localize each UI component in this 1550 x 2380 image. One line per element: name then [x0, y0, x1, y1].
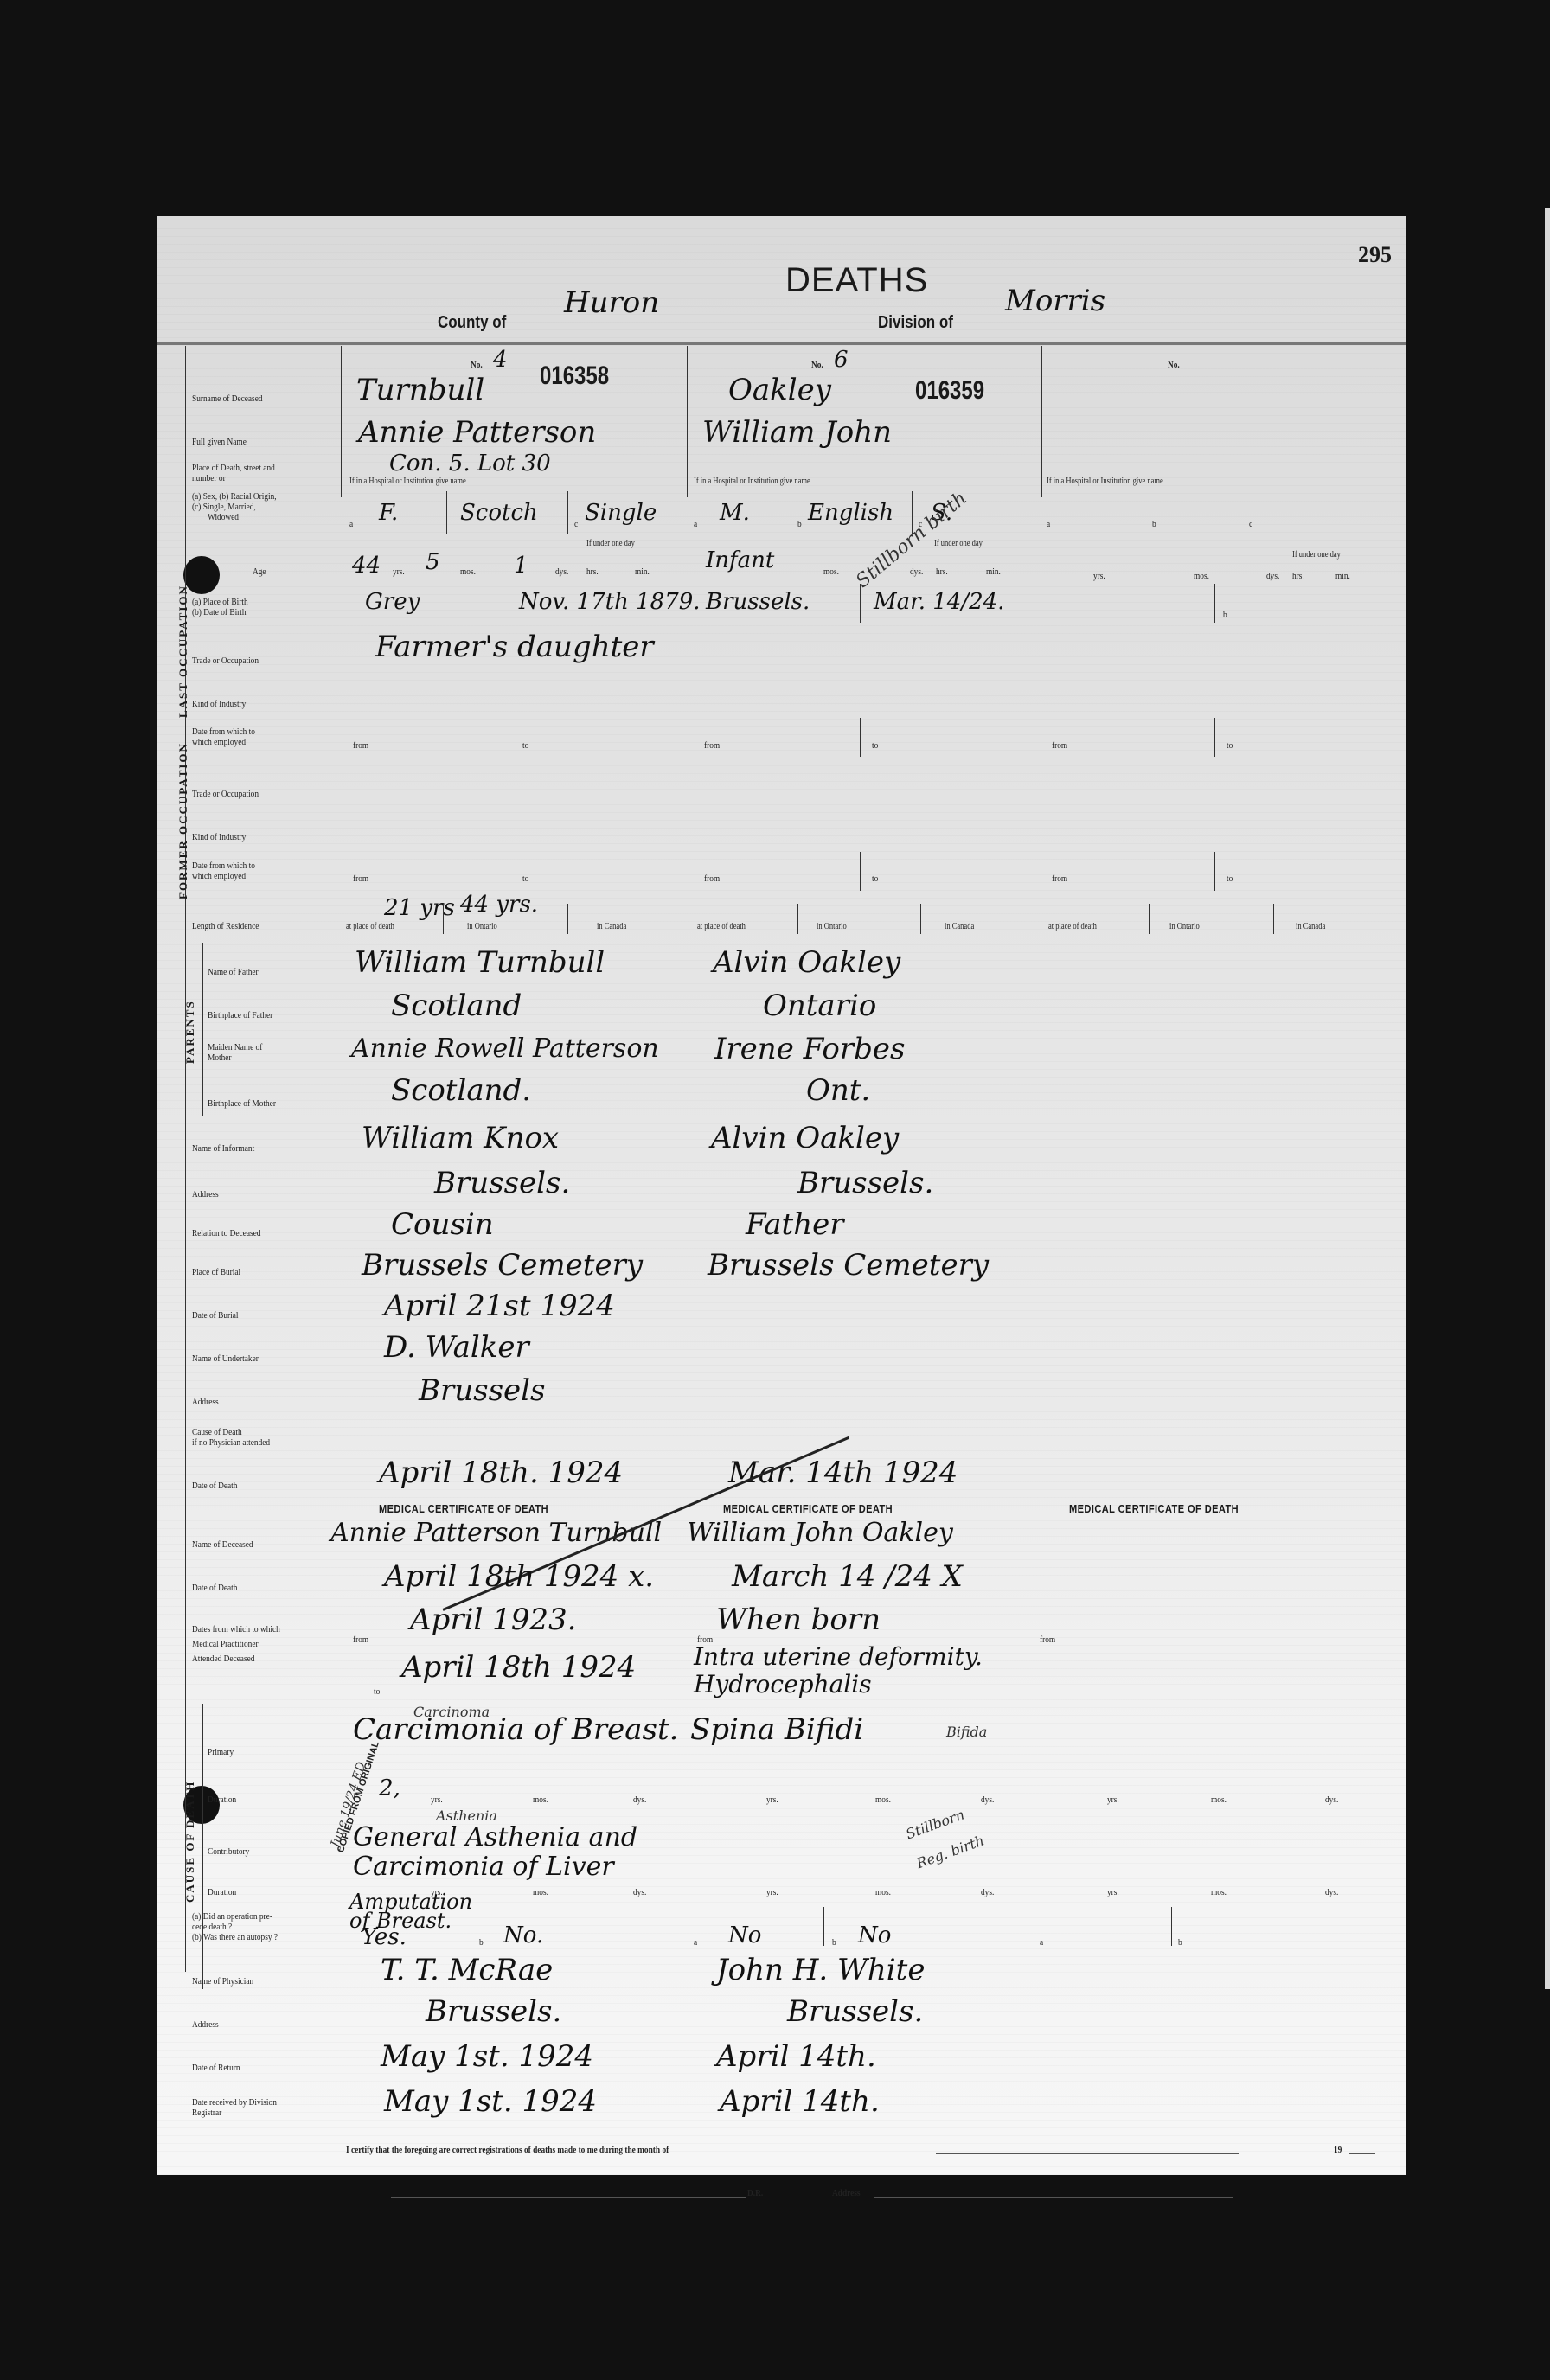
col2-hospital-note: If in a Hospital or Institution give nam… [694, 476, 810, 487]
col2-age: Infant [706, 545, 774, 576]
col1-racial-origin: Scotch [460, 497, 538, 528]
col2-physician: John H. White [716, 1955, 925, 1986]
label-received-2: Registrar [192, 2108, 221, 2119]
county-underline [521, 329, 832, 329]
res-div-6 [1273, 904, 1274, 934]
footer-address-line [874, 2197, 1233, 2198]
d2-dys-3: dys. [1325, 1887, 1338, 1898]
res-div-3 [797, 904, 798, 934]
col1-mother-birthplace: Scotland. [391, 1075, 531, 1106]
label-employed-former-2: which employed [192, 871, 246, 882]
d2-mos-2: mos. [875, 1887, 891, 1898]
col3-border [1041, 346, 1042, 497]
col2-autopsy-b-marker: b [832, 1937, 836, 1948]
label-primary: Primary [208, 1747, 234, 1758]
col1-sex: F. [379, 497, 398, 528]
label-father-name: Name of Father [208, 967, 259, 978]
col1-med-date-of-death: April 18th 1924 x. [384, 1561, 654, 1592]
col3-to-last: to [1227, 740, 1233, 752]
label-physician-address: Address [192, 2019, 219, 2031]
col2-medical-certificate-header: MEDICAL CERTIFICATE OF DEATH [723, 1502, 893, 1515]
col2-in-canada: in Canada [945, 921, 974, 932]
col1-autopsy-b: No. [503, 1920, 543, 1951]
label-father-birthplace: Birthplace of Father [208, 1010, 272, 1021]
section-parents: PARENTS [183, 1000, 197, 1064]
col2-no-value: 6 [834, 344, 849, 375]
col2-sex: M. [720, 497, 750, 528]
certification-year-prefix: 19 [1334, 2145, 1342, 2156]
d1-mos-2: mos. [875, 1795, 891, 1806]
col3-in-ontario: in Ontario [1169, 921, 1200, 932]
col2-informant: Alvin Oakley [711, 1123, 899, 1154]
col2-to-former: to [872, 873, 878, 885]
certification-month-line [936, 2153, 1239, 2154]
res-div-5 [1149, 904, 1150, 934]
col1-sex-divider-b [567, 491, 568, 534]
col1-residence-ontario: 44 yrs. [460, 889, 538, 920]
col1-mother-maiden: Annie Rowell Patterson [351, 1033, 659, 1065]
page-number: 295 [1358, 242, 1392, 268]
col2-sex-a-marker: a [694, 519, 697, 530]
col2-burial-place: Brussels Cemetery [708, 1250, 989, 1281]
label-cause-no-physician-2: if no Physician attended [192, 1437, 270, 1449]
col1-mos-unit: mos. [460, 566, 476, 578]
autopsy-div-1 [471, 1907, 471, 1946]
col1-age-yrs: 44 [352, 550, 381, 581]
division-value: Morris [1005, 285, 1105, 317]
division-underline [960, 329, 1271, 329]
label-employed-last-2: which employed [192, 737, 246, 748]
label-undertaker-address: Address [192, 1397, 219, 1408]
col1-residence-place: 21 yrs [384, 892, 455, 924]
col1-given-name: Annie Patterson [358, 417, 596, 448]
col1-burial-place: Brussels Cemetery [362, 1250, 643, 1281]
label-mother-birthplace: Birthplace of Mother [208, 1098, 276, 1110]
col2-primary-cause: Spina Bifidi [690, 1714, 863, 1745]
col2-under-one-day: If under one day [934, 538, 983, 549]
col1-dys-unit: dys. [555, 566, 568, 578]
col3-mos-unit: mos. [1194, 571, 1209, 582]
label-residence: Length of Residence [192, 921, 259, 932]
col1-burial-date: April 21st 1924 [384, 1290, 615, 1321]
col1-age-mos: 5 [426, 547, 440, 578]
col2-to-last: to [872, 740, 878, 752]
d1-dys-1: dys. [633, 1795, 646, 1806]
label-informant-address: Address [192, 1189, 219, 1200]
label-date-of-death: Date of Death [192, 1481, 237, 1492]
col3-employed-divider-former [1214, 852, 1215, 891]
col1-hrs-unit: hrs. [586, 566, 599, 578]
col1-attended-to: April 18th 1924 [401, 1652, 636, 1683]
label-operation-3: (b) Was there an autopsy ? [192, 1932, 278, 1943]
col2-min-unit: min. [986, 566, 1001, 578]
label-relation: Relation to Deceased [192, 1228, 260, 1239]
autopsy-div-3 [1171, 1907, 1172, 1946]
col2-med-name: William John Oakley [687, 1518, 953, 1549]
col2-at-place: at place of death [697, 921, 746, 932]
header-rule [157, 342, 1406, 345]
col1-border [341, 346, 342, 497]
county-value: Huron [564, 287, 659, 318]
footer-address-label: Address [832, 2188, 861, 2199]
label-mother-maiden-2: Mother [208, 1052, 232, 1064]
res-div-2 [567, 904, 568, 934]
col1-return-date: May 1st. 1924 [381, 2041, 593, 2072]
col3-medical-certificate-header: MEDICAL CERTIFICATE OF DEATH [1069, 1502, 1239, 1515]
col3-hrs-unit: hrs. [1292, 571, 1304, 582]
label-burial-place: Place of Burial [192, 1267, 240, 1278]
col3-sex-c-marker: c [1249, 519, 1252, 530]
col1-to-former: to [522, 873, 528, 885]
d2-mos-1: mos. [533, 1887, 548, 1898]
col1-informant-address: Brussels. [434, 1168, 570, 1199]
col2-autopsy-b: No [858, 1920, 891, 1951]
col1-father-birthplace: Scotland [391, 990, 522, 1021]
col1-attended-from: April 1923. [410, 1604, 576, 1635]
certification-year-line [1349, 2153, 1375, 2154]
col1-surname: Turnbull [356, 374, 484, 406]
col1-sex-c-marker: c [574, 519, 578, 530]
label-surname: Surname of Deceased [192, 393, 263, 405]
col2-racial-origin: English [808, 497, 893, 528]
d1-yrs-3: yrs. [1107, 1795, 1119, 1806]
col2-return-date: April 14th. [716, 2041, 876, 2072]
label-industry-last: Kind of Industry [192, 699, 246, 710]
d2-dys-2: dys. [981, 1887, 994, 1898]
label-return-date: Date of Return [192, 2063, 240, 2074]
registrar-signature-line [391, 2197, 746, 2198]
label-place-death-2: number or [192, 473, 226, 484]
col2-physician-address: Brussels. [787, 1996, 923, 2027]
res-div-4 [920, 904, 921, 934]
d1-mos-3: mos. [1211, 1795, 1227, 1806]
col1-primary-duration: 2, [379, 1773, 400, 1804]
col3-attended-from-label: from [1040, 1635, 1055, 1646]
col1-from-former: from [353, 873, 368, 885]
col2-father-name: Alvin Oakley [713, 947, 900, 978]
col2-sex-b-marker: b [797, 519, 802, 530]
label-industry-former: Kind of Industry [192, 832, 246, 843]
d2-yrs-2: yrs. [766, 1887, 778, 1898]
dr-label: D.R. [747, 2188, 763, 2199]
label-informant: Name of Informant [192, 1143, 254, 1155]
col1-received-date: May 1st. 1924 [384, 2086, 597, 2117]
col2-med-date-of-death: March 14 /24 X [732, 1561, 963, 1592]
col1-attended-from-label: from [353, 1635, 368, 1646]
col3-from-former: from [1052, 873, 1067, 885]
col1-place-of-death: Con. 5. Lot 30 [389, 448, 551, 479]
col3-in-canada: in Canada [1296, 921, 1325, 932]
col1-employed-divider-former [509, 852, 509, 891]
col2-no-label: No. [811, 360, 823, 371]
col1-undertaker-address: Brussels [419, 1375, 545, 1406]
col3-at-place: at place of death [1048, 921, 1097, 932]
col1-min-unit: min. [635, 566, 650, 578]
col1-marital: Single [585, 497, 657, 528]
col3-sex-a-marker: a [1047, 519, 1050, 530]
col3-yrs-unit: yrs. [1093, 571, 1105, 582]
label-med-date-of-death: Date of Death [192, 1583, 237, 1594]
d2-mos-3: mos. [1211, 1887, 1227, 1898]
col2-mother-maiden: Irene Forbes [714, 1033, 905, 1065]
col3-sex-b-marker: b [1152, 519, 1156, 530]
label-trade-former: Trade or Occupation [192, 789, 259, 800]
label-age: Age [253, 566, 266, 578]
col2-reg-number: 016359 [915, 376, 984, 406]
label-undertaker: Name of Undertaker [192, 1353, 259, 1365]
col3-employed-divider-last [1214, 718, 1215, 757]
label-physician: Name of Physician [192, 1976, 253, 1987]
d1-yrs-2: yrs. [766, 1795, 778, 1806]
col2-border [687, 346, 688, 497]
col3-autopsy-a-marker: a [1040, 1937, 1043, 1948]
col2-from-last: from [704, 740, 720, 752]
d1-dys-3: dys. [1325, 1795, 1338, 1806]
col1-under-one-day: If under one day [586, 538, 635, 549]
d2-dys-1: dys. [633, 1887, 646, 1898]
d2-yrs-3: yrs. [1107, 1887, 1119, 1898]
col2-attended-to: Intra uterine deformity. Hydrocephalis [694, 1643, 1057, 1699]
col1-medical-certificate-header: MEDICAL CERTIFICATE OF DEATH [379, 1502, 548, 1515]
section-former-occupation: FORMER OCCUPATION [176, 742, 190, 899]
col3-to-former: to [1227, 873, 1233, 885]
certification-statement: I certify that the foregoing are correct… [346, 2145, 669, 2156]
res-div-1 [443, 904, 444, 934]
col2-relation: Father [746, 1209, 844, 1240]
label-trade-last: Trade or Occupation [192, 656, 259, 667]
label-duration-primary: Duration [208, 1795, 236, 1806]
col1-undertaker: D. Walker [384, 1332, 529, 1363]
col1-date-of-birth: Nov. 17th 1879. [519, 586, 701, 617]
col1-place-of-birth: Grey [365, 586, 420, 617]
col1-employed-divider-last [509, 718, 509, 757]
col3-autopsy-b-marker: b [1178, 1937, 1182, 1948]
col1-from-last: from [353, 740, 368, 752]
col3-birth-b-marker: b [1223, 610, 1227, 621]
col1-physician: T. T. McRae [381, 1955, 553, 1986]
col2-employed-divider-former [860, 852, 861, 891]
label-sex-3: Widowed [208, 512, 239, 523]
col2-autopsy-a: No [728, 1920, 761, 1951]
col1-sex-a-marker: a [349, 519, 353, 530]
label-burial-date: Date of Burial [192, 1310, 238, 1321]
col1-no-label: No. [471, 360, 483, 371]
col3-hospital-note: If in a Hospital or Institution give nam… [1047, 476, 1163, 487]
label-contributory: Contributory [208, 1846, 249, 1858]
division-label: Division of [878, 313, 953, 333]
col1-autopsy-b-marker: b [479, 1937, 484, 1948]
col1-father-name: William Turnbull [355, 947, 605, 978]
document-title: DEATHS [785, 261, 928, 300]
col1-med-name: Annie Patterson Turnbull [330, 1518, 662, 1549]
col2-dys-unit: dys. [910, 566, 923, 578]
col1-age-dys: 1 [514, 550, 528, 581]
col1-primary-cause: Carcimonia of Breast. [353, 1714, 678, 1745]
col2-father-birthplace: Ontario [763, 990, 876, 1021]
col2-place-of-birth: Brussels. [706, 586, 810, 617]
col2-in-ontario: in Ontario [817, 921, 847, 932]
col1-attended-to-label: to [374, 1686, 380, 1698]
col2-autopsy-a-marker: a [694, 1937, 697, 1948]
label-attended-3: Attended Deceased [192, 1654, 254, 1665]
label-duration-contributory: Duration [208, 1887, 236, 1898]
col1-relation: Cousin [391, 1209, 494, 1240]
col1-date-of-death: April 18th. 1924 [379, 1457, 623, 1488]
col1-hospital-note: If in a Hospital or Institution give nam… [349, 476, 466, 487]
col2-birth-divider [860, 584, 861, 623]
col1-to-last: to [522, 740, 528, 752]
col1-no-value: 4 [493, 344, 508, 375]
parents-border [202, 943, 203, 1116]
col1-autopsy-a: Yes. [362, 1922, 407, 1953]
col1-birth-divider [509, 584, 509, 623]
county-label: County of [438, 313, 506, 333]
label-birth-2: (b) Date of Birth [192, 607, 247, 618]
col2-surname: Oakley [728, 374, 831, 406]
col2-mother-birthplace: Ont. [806, 1075, 870, 1106]
col1-sex-divider-a [446, 491, 447, 534]
label-attended-1: Dates from which to which [192, 1624, 280, 1635]
label-name-of-deceased: Name of Deceased [192, 1539, 253, 1551]
col2-hrs-unit: hrs. [936, 566, 948, 578]
col3-dys-unit: dys. [1266, 571, 1279, 582]
col3-from-last: from [1052, 740, 1067, 752]
col2-given-name: William John [702, 417, 892, 448]
cause-border [202, 1704, 203, 1989]
col1-physician-address: Brussels. [426, 1996, 561, 2027]
col2-received-date: April 14th. [720, 2086, 880, 2117]
label-attended-2: Medical Practitioner [192, 1639, 259, 1650]
col2-employed-divider-last [860, 718, 861, 757]
col3-under-one-day: If under one day [1292, 549, 1341, 560]
col1-at-place: at place of death [346, 921, 394, 932]
death-register-page: 295 DEATHS County of Huron Division of M… [157, 216, 1406, 2175]
col3-no-label: No. [1168, 360, 1180, 371]
col2-sex-divider-a [791, 491, 791, 534]
col2-mos-unit: mos. [823, 566, 839, 578]
label-given-name: Full given Name [192, 437, 247, 448]
section-cause-of-death: CAUSE OF DEATH [183, 1781, 197, 1903]
film-edge-strip [1545, 208, 1550, 1989]
section-last-occupation: LAST OCCUPATION [176, 585, 190, 718]
col1-informant: William Knox [362, 1123, 559, 1154]
col3-min-unit: min. [1335, 571, 1350, 582]
col1-reg-number: 016358 [540, 361, 609, 391]
col2-from-former: from [704, 873, 720, 885]
col1-trade: Farmer's daughter [375, 631, 654, 662]
col1-in-ontario: in Ontario [467, 921, 497, 932]
col3-birth-divider [1214, 584, 1215, 623]
col2-attended-from: When born [716, 1604, 881, 1635]
col1-in-canada: in Canada [597, 921, 626, 932]
col1-contributory: General Asthenia and Carcimonia of Liver [353, 1823, 690, 1882]
d1-mos-1: mos. [533, 1795, 548, 1806]
col2-date-of-birth: Mar. 14/24. [874, 586, 1004, 617]
col2-informant-address: Brussels. [797, 1168, 933, 1199]
col2-primary-correction: Bifida [946, 1717, 987, 1748]
col1-yrs-unit: yrs. [393, 566, 405, 578]
autopsy-div-2 [823, 1907, 824, 1946]
